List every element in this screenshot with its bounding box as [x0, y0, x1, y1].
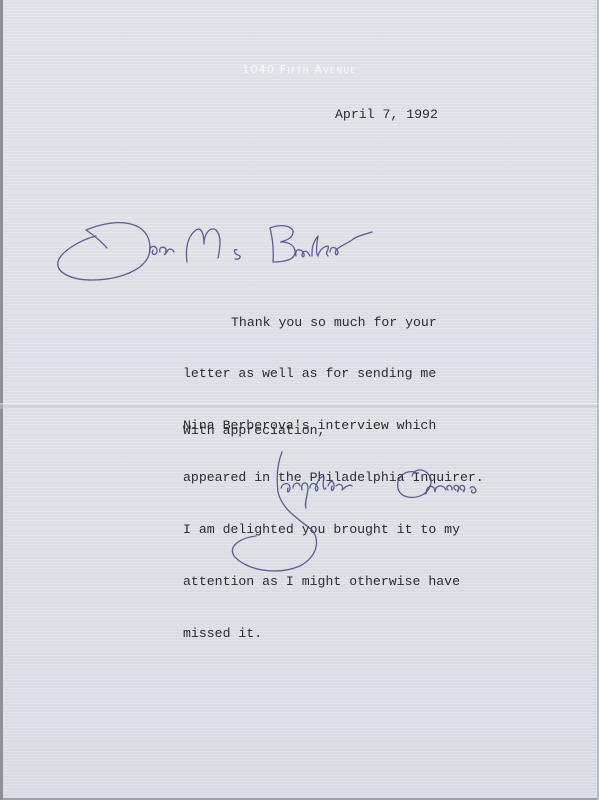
body-line: attention as I might otherwise have: [183, 573, 484, 590]
body-line: missed it.: [183, 625, 484, 642]
letter-date: April 7, 1992: [335, 106, 438, 123]
body-line: letter as well as for sending me: [183, 365, 484, 382]
body-line: I am delighted you brought it to my: [183, 521, 484, 538]
body-line: Thank you so much for your: [183, 314, 484, 331]
letter-body: Thank you so much for your letter as wel…: [183, 279, 484, 660]
letterhead-address: 1040 Fifth Avenue: [0, 63, 599, 76]
body-line: appeared in the Philadelphia Inquirer.: [183, 469, 484, 486]
letter-closing: With appreciation,: [183, 422, 325, 439]
